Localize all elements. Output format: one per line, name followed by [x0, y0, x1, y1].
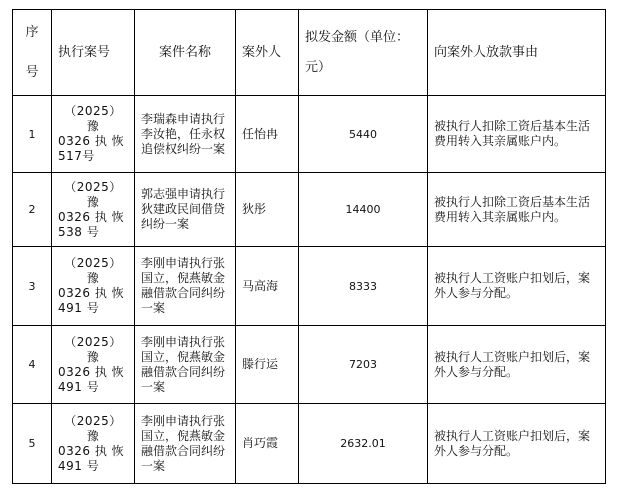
row-amount: 7203	[299, 326, 428, 404]
header-case-number: 执行案号	[52, 10, 135, 96]
row-index: 4	[13, 326, 52, 404]
row-outsider: 马高海	[236, 247, 299, 326]
case-number-line: 538 号	[58, 225, 128, 240]
header-row: 序 号 执行案号 案件名称 案外人 拟发金额（单位： 元） 向案外人放款事由	[13, 10, 606, 96]
row-index: 5	[13, 404, 52, 484]
case-number-line: 491 号	[58, 459, 128, 474]
row-index: 1	[13, 96, 52, 173]
case-number-line: 0326 执 恢	[58, 444, 128, 459]
row-case-number: （2025）豫 0326 执 恢 517号	[52, 96, 135, 173]
row-case-name: 李瑞森申请执行李汝艳，任永权追偿权纠纷一案	[135, 96, 236, 173]
row-case-name: 李刚申请执行张国立，倪燕敏金融借款合同纠纷一案	[135, 404, 236, 484]
case-number-line: 0326 执 恢	[58, 134, 128, 149]
row-index: 2	[13, 173, 52, 247]
header-amount-line2: 元）	[305, 53, 421, 83]
case-number-line: 0326 执 恢	[58, 210, 128, 225]
row-case-number: （2025）豫 0326 执 恢 491 号	[52, 326, 135, 404]
table-row: 5 （2025）豫 0326 执 恢 491 号 李刚申请执行张国立，倪燕敏金融…	[13, 404, 606, 484]
row-index: 3	[13, 247, 52, 326]
row-amount: 5440	[299, 96, 428, 173]
row-case-number: （2025）豫 0326 执 恢 491 号	[52, 247, 135, 326]
row-outsider: 狄彤	[236, 173, 299, 247]
case-number-line: 491 号	[58, 380, 128, 395]
row-outsider: 滕行运	[236, 326, 299, 404]
case-number-line: 517号	[58, 149, 128, 164]
header-index-line2: 号	[19, 60, 45, 86]
row-amount: 8333	[299, 247, 428, 326]
row-reason: 被执行人工资账户扣划后，案外人参与分配。	[428, 326, 606, 404]
row-case-number: （2025）豫 0326 执 恢 491 号	[52, 404, 135, 484]
header-index-line1: 序	[19, 20, 45, 46]
row-case-name: 李刚申请执行张国立，倪燕敏金融借款合同纠纷一案	[135, 326, 236, 404]
row-reason: 被执行人工资账户扣划后，案外人参与分配。	[428, 247, 606, 326]
payment-table: 序 号 执行案号 案件名称 案外人 拟发金额（单位： 元） 向案外人放款事由 1…	[12, 9, 606, 484]
table-row: 1 （2025）豫 0326 执 恢 517号 李瑞森申请执行李汝艳，任永权追偿…	[13, 96, 606, 173]
case-number-line: （2025）豫	[58, 335, 128, 365]
case-number-line: 0326 执 恢	[58, 286, 128, 301]
case-number-line: （2025）豫	[58, 104, 128, 134]
header-reason: 向案外人放款事由	[428, 10, 606, 96]
row-outsider: 肖巧霞	[236, 404, 299, 484]
row-reason: 被执行人扣除工资后基本生活费用转入其亲属账户内。	[428, 173, 606, 247]
header-amount: 拟发金额（单位： 元）	[299, 10, 428, 96]
header-outsider: 案外人	[236, 10, 299, 96]
case-number-line: 0326 执 恢	[58, 365, 128, 380]
row-case-number: （2025）豫 0326 执 恢 538 号	[52, 173, 135, 247]
table-row: 3 （2025）豫 0326 执 恢 491 号 李刚申请执行张国立，倪燕敏金融…	[13, 247, 606, 326]
row-amount: 2632.01	[299, 404, 428, 484]
header-index: 序 号	[13, 10, 52, 96]
table-row: 2 （2025）豫 0326 执 恢 538 号 郭志强申请执行狄建政民间借贷纠…	[13, 173, 606, 247]
row-amount: 14400	[299, 173, 428, 247]
table-row: 4 （2025）豫 0326 执 恢 491 号 李刚申请执行张国立，倪燕敏金融…	[13, 326, 606, 404]
header-amount-line1: 拟发金额（单位：	[305, 23, 421, 53]
case-number-line: （2025）豫	[58, 180, 128, 210]
row-case-name: 李刚申请执行张国立，倪燕敏金融借款合同纠纷一案	[135, 247, 236, 326]
case-number-line: （2025）豫	[58, 256, 128, 286]
row-outsider: 任怡冉	[236, 96, 299, 173]
header-case-name: 案件名称	[135, 10, 236, 96]
row-reason: 被执行人工资账户扣划后，案外人参与分配。	[428, 404, 606, 484]
row-reason: 被执行人扣除工资后基本生活费用转入其亲属账户内。	[428, 96, 606, 173]
row-case-name: 郭志强申请执行狄建政民间借贷纠纷一案	[135, 173, 236, 247]
case-number-line: 491 号	[58, 301, 128, 316]
case-number-line: （2025）豫	[58, 414, 128, 444]
